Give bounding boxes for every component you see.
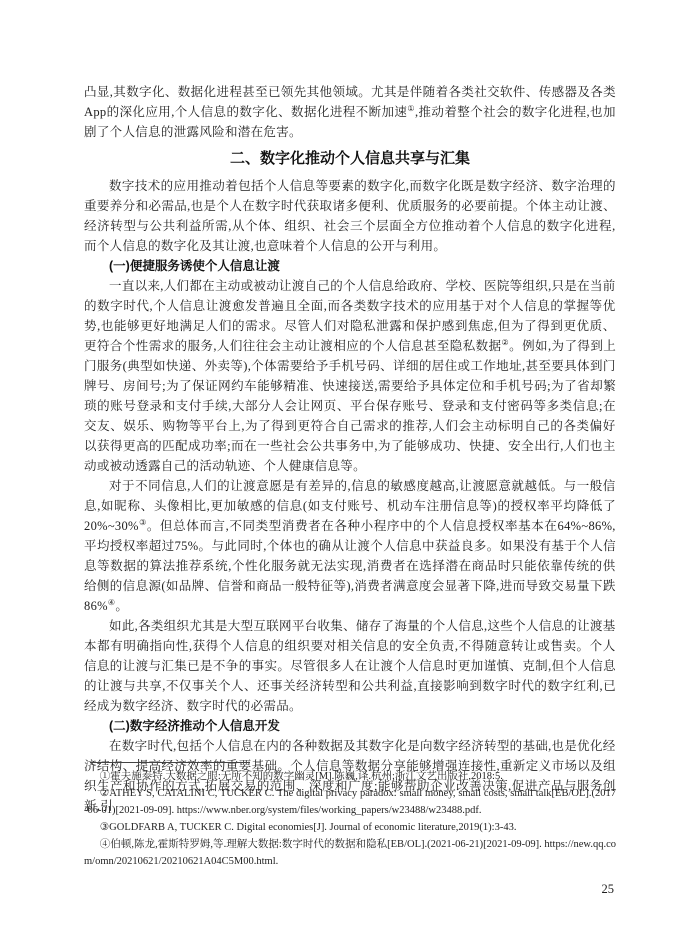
section-heading: 二、数字化推动个人信息共享与汇集: [84, 148, 616, 170]
footnote: ③GOLDFARB A, TUCKER C. Digital economies…: [84, 819, 616, 836]
subsection-heading-1: (一)便捷服务诱使个人信息让渡: [84, 256, 616, 276]
paragraph: 对于不同信息,人们的让渡意愿是有差异的,信息的敏感度越高,让渡愿意就越低。与一般…: [84, 476, 616, 616]
footnote: ④伯顿,陈龙,霍斯特罗姆,等.理解大数据:数字时代的数据和隐私[EB/OL].(…: [84, 836, 616, 870]
footnote: ②ATHEY S, CATALINI C, TUCKER C. The digi…: [84, 785, 616, 819]
document-page: 凸显,其数字化、数据化进程甚至已领先其他领域。尤其是伴随着各类社交软件、传感器及…: [0, 0, 700, 943]
page-body: 凸显,其数字化、数据化进程甚至已领先其他领域。尤其是伴随着各类社交软件、传感器及…: [84, 82, 616, 816]
footnotes-section: ①霍夫施泰特.大数据之眼:无所不知的数字幽灵[M].陈巍,译.杭州:浙江文艺出版…: [84, 762, 616, 870]
subsection-heading-2: (二)数字经济推动个人信息开发: [84, 716, 616, 736]
paragraph: 数字技术的应用推动着包括个人信息等要素的数字化,而数字化既是数字经济、数字治理的…: [84, 176, 616, 256]
footnote-separator: [90, 762, 250, 763]
page-number: 25: [602, 882, 615, 897]
paragraph-continued: 凸显,其数字化、数据化进程甚至已领先其他领域。尤其是伴随着各类社交软件、传感器及…: [84, 82, 616, 142]
paragraph: 如此,各类组织尤其是大型互联网平台收集、储存了海量的个人信息,这些个人信息的让渡…: [84, 616, 616, 716]
footnote: ①霍夫施泰特.大数据之眼:无所不知的数字幽灵[M].陈巍,译.杭州:浙江文艺出版…: [84, 768, 616, 785]
paragraph: 一直以来,人们都在主动或被动让渡自己的个人信息给政府、学校、医院等组织,只是在当…: [84, 276, 616, 476]
